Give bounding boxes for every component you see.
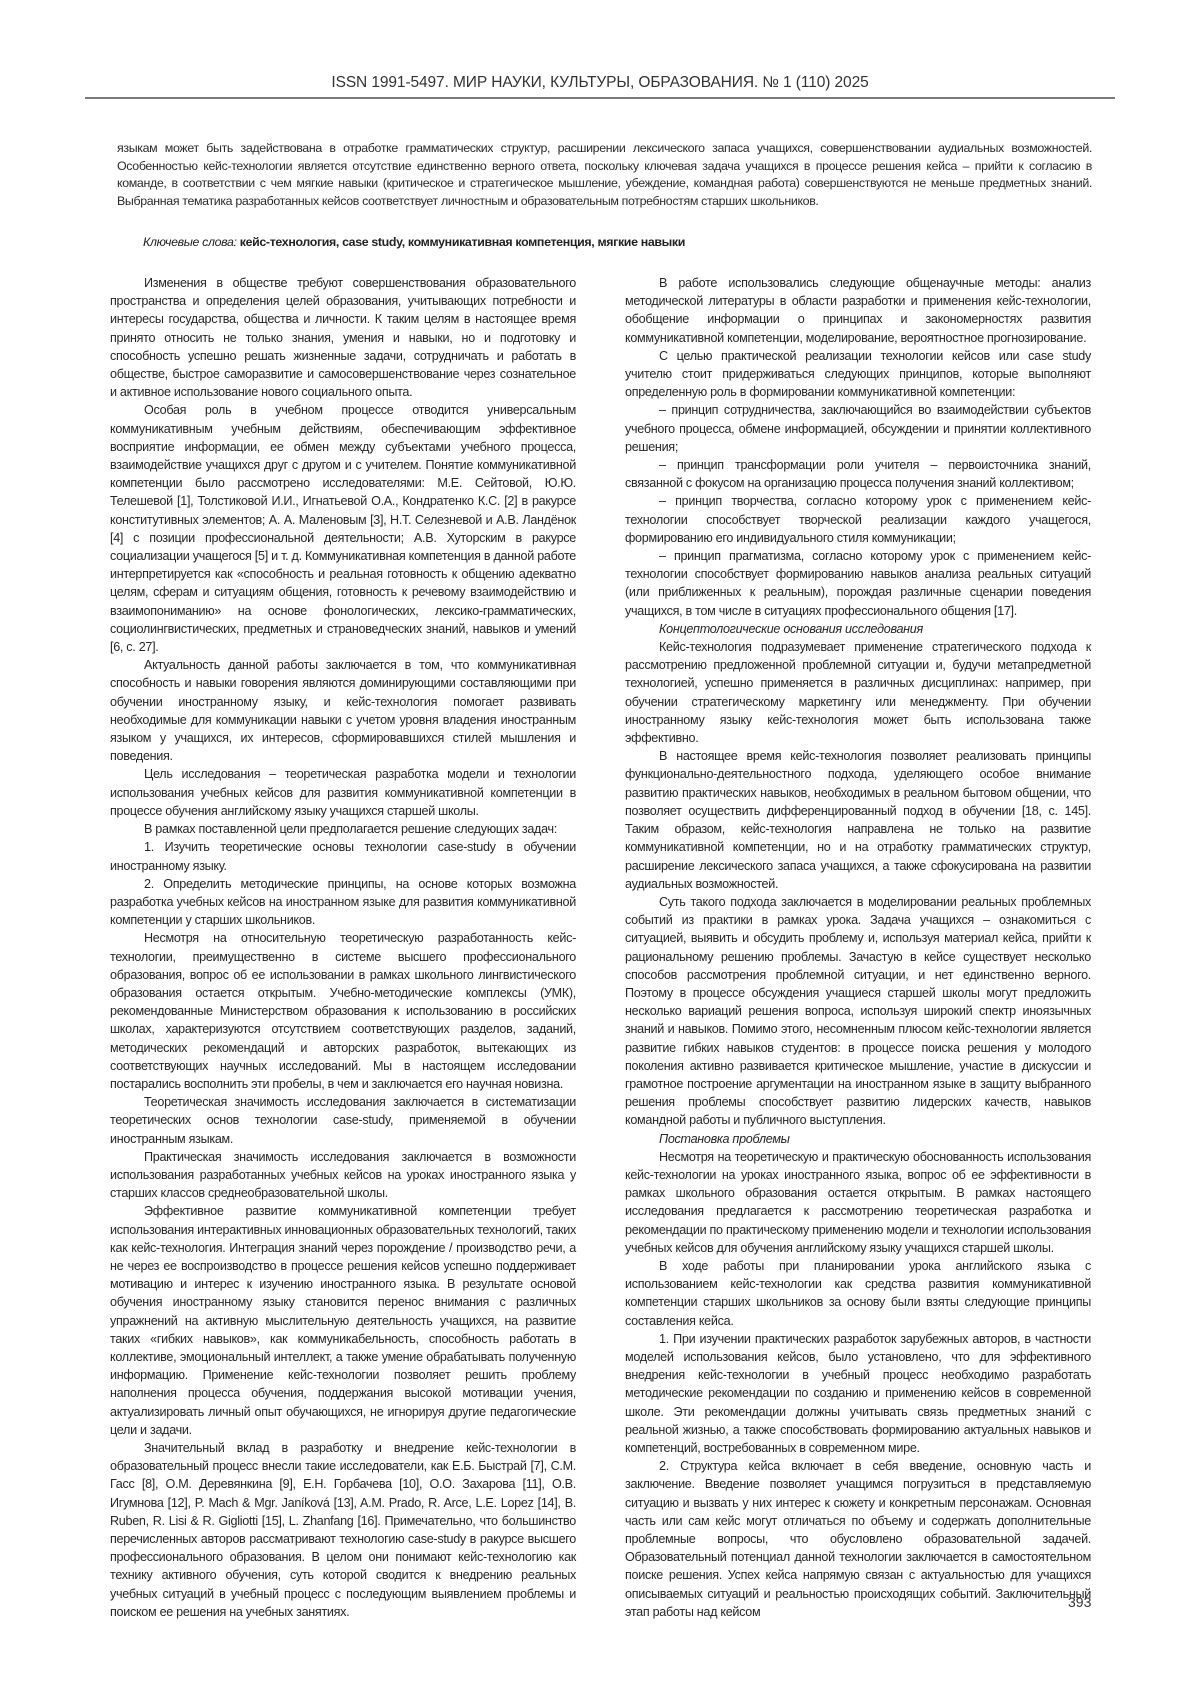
paragraph: Кейс-технология подразумевает применение… [625,638,1091,747]
paragraph: Актуальность данной работы заключается в… [110,656,576,765]
paragraph: Изменения в обществе требуют совершенств… [110,274,576,401]
principle-numbered-2: 2. Структура кейса включает в себя введе… [625,1457,1091,1621]
page-number: 393 [1068,1594,1091,1610]
paragraph: Несмотря на теоретическую и практическую… [625,1148,1091,1257]
paragraph: Теоретическая значимость исследования за… [110,1093,576,1148]
keywords-label: Ключевые слова: [143,235,237,249]
paragraph: В настоящее время кейс-технология позвол… [625,747,1091,893]
principle-item: – принцип прагматизма, согласно которому… [625,547,1091,620]
keywords-line: Ключевые слова: кейс-технология, case st… [143,235,685,249]
paragraph: Практическая значимость исследования зак… [110,1148,576,1203]
paragraph: В рамках поставленной цели предполагаетс… [110,820,576,838]
paragraph: Суть такого подхода заключается в модели… [625,893,1091,1130]
paragraph: В работе использовались следующие общена… [625,274,1091,347]
paragraph: В ходе работы при планировании урока анг… [625,1257,1091,1330]
paragraph: Цель исследования – теоретическая разраб… [110,765,576,820]
paragraph: Несмотря на относительную теоретическую … [110,929,576,1093]
principle-item: – принцип творчества, согласно которому … [625,492,1091,547]
task-item-1: 1. Изучить теоретические основы технолог… [110,838,576,874]
paragraph: Значительный вклад в разработку и внедре… [110,1439,576,1621]
paragraph: Особая роль в учебном процессе отводится… [110,401,576,656]
principle-item: – принцип сотрудничества, заключающийся … [625,401,1091,456]
section-subheading: Постановка проблемы [625,1130,1091,1148]
principle-numbered-1: 1. При изучении практических разработок … [625,1330,1091,1457]
paragraph: Эффективное развитие коммуникативной ком… [110,1202,576,1439]
task-item-2: 2. Определить методические принципы, на … [110,875,576,930]
keywords-values: кейс-технология, case study, коммуникати… [240,235,685,249]
principle-item: – принцип трансформации роли учителя – п… [625,456,1091,492]
section-subheading: Концептологические основания исследовани… [625,620,1091,638]
right-column: В работе использовались следующие общена… [625,274,1091,1621]
paragraph: С целью практической реализации технолог… [625,347,1091,402]
abstract-tail: языкам может быть задействована в отрабо… [117,140,1092,210]
left-column: Изменения в обществе требуют совершенств… [110,274,576,1621]
journal-header: ISSN 1991-5497. МИР НАУКИ, КУЛЬТУРЫ, ОБР… [85,74,1115,92]
header-rule [85,97,1115,99]
